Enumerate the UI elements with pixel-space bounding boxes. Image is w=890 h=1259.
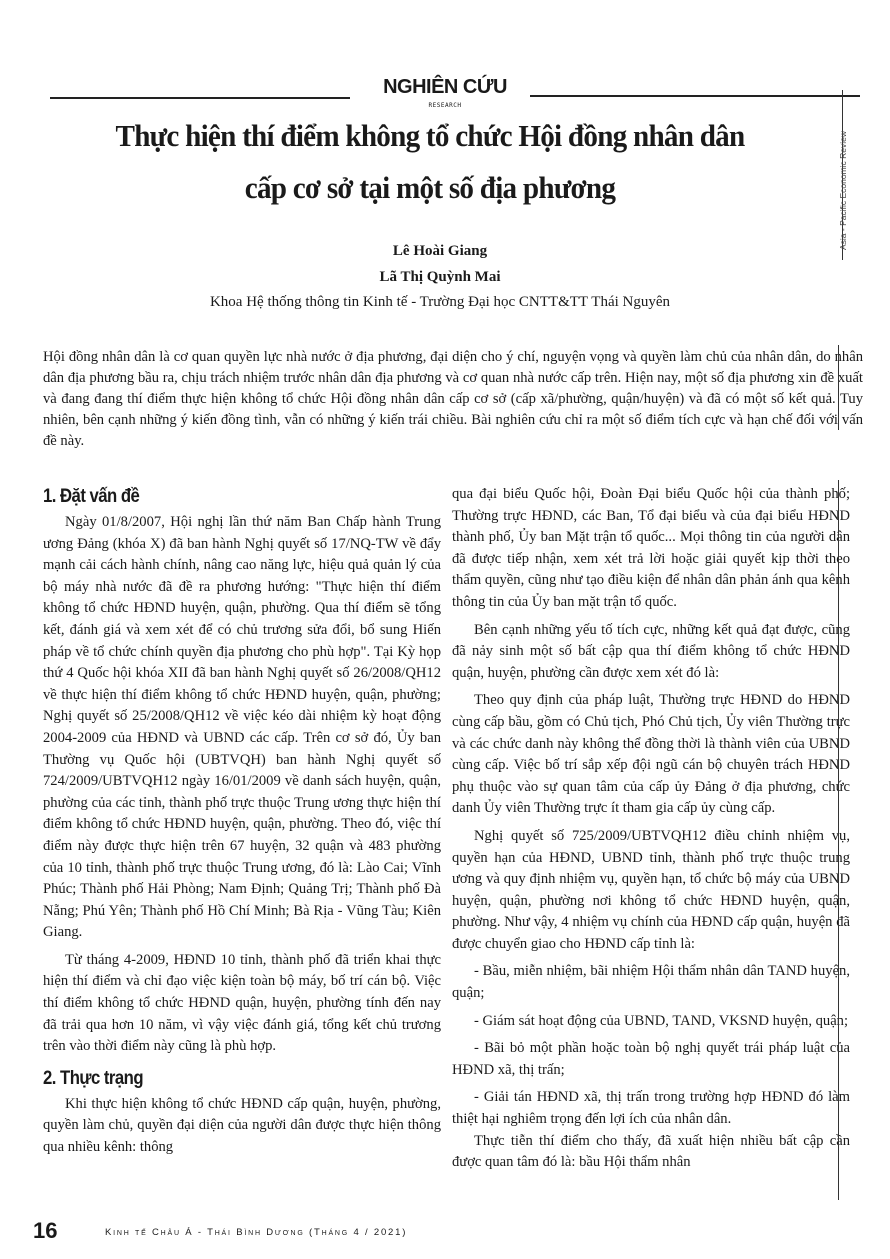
list-item: - Bãi bỏ một phần hoặc toàn bộ nghị quyế… (452, 1038, 850, 1081)
paragraph: Khi thực hiện không tổ chức HĐND cấp quậ… (43, 1094, 441, 1159)
paragraph: Theo quy định của pháp luật, Thường trực… (452, 690, 850, 820)
author-affiliation: Khoa Hệ thống thông tin Kinh tế - Trường… (180, 290, 700, 314)
author-name: Lã Thị Quỳnh Mai (180, 264, 700, 290)
left-column: 1. Đặt vấn đề Ngày 01/8/2007, Hội nghị l… (43, 482, 441, 1159)
paragraph: Ngày 01/8/2007, Hội nghị lần thứ năm Ban… (43, 512, 441, 944)
page-number: 16 (33, 1218, 57, 1244)
article-title: Thực hiện thí điểm không tổ chức Hội đồn… (54, 110, 806, 214)
journal-side-label: Asia - Pacific Economic Review (838, 131, 848, 250)
list-item: - Giám sát hoạt động của UBND, TAND, VKS… (452, 1011, 850, 1033)
paragraph: Từ tháng 4-2009, HĐND 10 tỉnh, thành phố… (43, 950, 441, 1058)
section-heading: 2. Thực trạng (43, 1064, 393, 1094)
section-header: NGHIÊN CỨU RESEARCH (40, 72, 850, 112)
margin-rule (838, 480, 839, 1200)
section-heading: 1. Đặt vấn đề (43, 482, 393, 512)
paragraph: Thực tiễn thí điểm cho thấy, đã xuất hiệ… (452, 1131, 850, 1174)
list-item: - Bầu, miễn nhiệm, bãi nhiệm Hội thẩm nh… (452, 961, 850, 1004)
paragraph-continuation: qua đại biểu Quốc hội, Đoàn Đại biểu Quố… (452, 484, 850, 614)
page-footer: 16 Kinh tế Châu Á - Thái Bình Dương (Thá… (33, 1218, 473, 1248)
journal-name: Kinh tế Châu Á - Thái Bình Dương (Tháng … (105, 1227, 407, 1238)
section-sublabel: RESEARCH (40, 102, 850, 109)
title-line-1: Thực hiện thí điểm không tổ chức Hội đồn… (54, 110, 806, 162)
paragraph: Bên cạnh những yếu tố tích cực, những kế… (452, 620, 850, 685)
margin-rule (838, 345, 839, 430)
abstract: Hội đồng nhân dân là cơ quan quyền lực n… (43, 347, 863, 452)
title-line-2: cấp cơ sở tại một số địa phương (54, 162, 806, 214)
paragraph: Nghị quyết số 725/2009/UBTVQH12 điều chỉ… (452, 826, 850, 956)
author-block: Lê Hoài Giang Lã Thị Quỳnh Mai Khoa Hệ t… (180, 238, 700, 314)
author-name: Lê Hoài Giang (180, 238, 700, 264)
list-item: - Giải tán HĐND xã, thị trấn trong trườn… (452, 1087, 850, 1130)
header-rule-right (530, 95, 860, 97)
right-column: qua đại biểu Quốc hội, Đoàn Đại biểu Quố… (452, 484, 850, 1174)
